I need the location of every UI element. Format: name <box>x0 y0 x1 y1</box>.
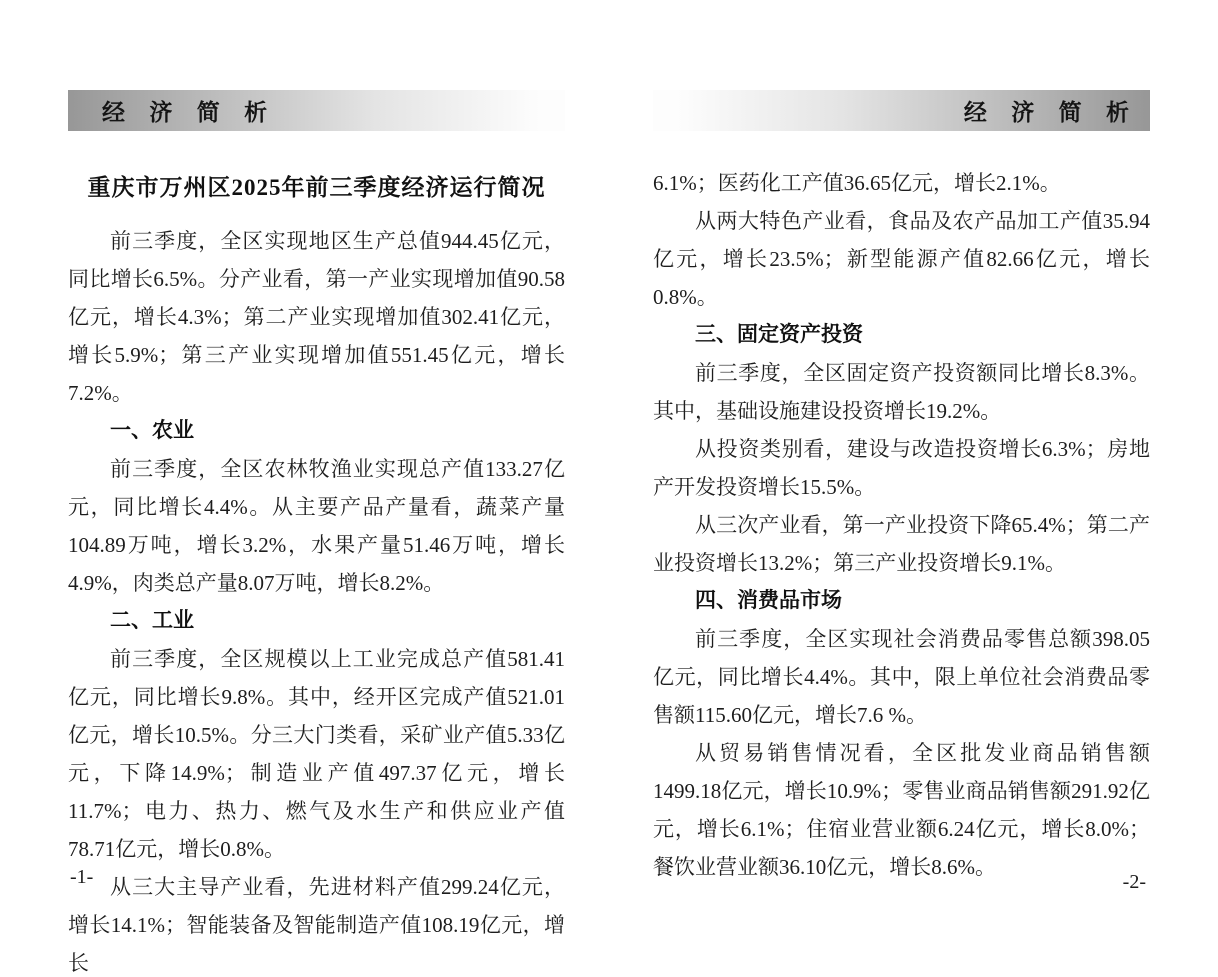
left-header-bar: 经 济 简 析 <box>68 90 565 131</box>
paragraph: 从两大特色产业看，食品及农产品加工产值35.94亿元，增长23.5%；新型能源产… <box>653 202 1150 316</box>
paragraph: 前三季度，全区规模以上工业完成总产值581.41亿元，同比增长9.8%。其中，经… <box>68 640 565 868</box>
section-heading: 二、工业 <box>68 602 565 640</box>
paragraph: 从投资类别看，建设与改造投资增长6.3%；房地产开发投资增长15.5%。 <box>653 430 1150 506</box>
paragraph: 从三次产业看，第一产业投资下降65.4%；第二产业投资增长13.2%；第三产业投… <box>653 506 1150 582</box>
right-header-label: 经 济 简 析 <box>964 94 1138 127</box>
section-heading: 四、消费品市场 <box>653 582 1150 620</box>
left-page: 经 济 简 析 重庆市万州区2025年前三季度经济运行简况 前三季度，全区实现地… <box>68 90 565 977</box>
left-page-number: -1- <box>70 866 93 889</box>
paragraph: 前三季度，全区固定资产投资额同比增长8.3%。其中，基础设施建设投资增长19.2… <box>653 354 1150 430</box>
section-heading: 一、农业 <box>68 412 565 450</box>
right-page: 经 济 简 析 6.1%；医药化工产值36.65亿元，增长2.1%。从两大特色产… <box>653 90 1150 886</box>
right-page-number: -2- <box>1123 871 1146 894</box>
section-heading: 三、固定资产投资 <box>653 316 1150 354</box>
left-page-body: 前三季度，全区实现地区生产总值944.45亿元，同比增长6.5%。分产业看，第一… <box>68 222 565 977</box>
left-header-label: 经 济 简 析 <box>102 94 276 127</box>
paragraph: 从贸易销售情况看，全区批发业商品销售额1499.18亿元，增长10.9%；零售业… <box>653 734 1150 886</box>
paragraph: 6.1%；医药化工产值36.65亿元，增长2.1%。 <box>653 164 1150 202</box>
paragraph: 从三大主导产业看，先进材料产值299.24亿元，增长14.1%；智能装备及智能制… <box>68 868 565 977</box>
right-header-bar: 经 济 简 析 <box>653 90 1150 131</box>
right-page-body: 6.1%；医药化工产值36.65亿元，增长2.1%。从两大特色产业看，食品及农产… <box>653 164 1150 886</box>
paragraph: 前三季度，全区实现地区生产总值944.45亿元，同比增长6.5%。分产业看，第一… <box>68 222 565 412</box>
paragraph: 前三季度，全区实现社会消费品零售总额398.05亿元，同比增长4.4%。其中，限… <box>653 620 1150 734</box>
paragraph: 前三季度，全区农林牧渔业实现总产值133.27亿元，同比增长4.4%。从主要产品… <box>68 450 565 602</box>
document-spread: 经 济 简 析 重庆市万州区2025年前三季度经济运行简况 前三季度，全区实现地… <box>0 0 1218 977</box>
document-title: 重庆市万州区2025年前三季度经济运行简况 <box>68 169 565 202</box>
